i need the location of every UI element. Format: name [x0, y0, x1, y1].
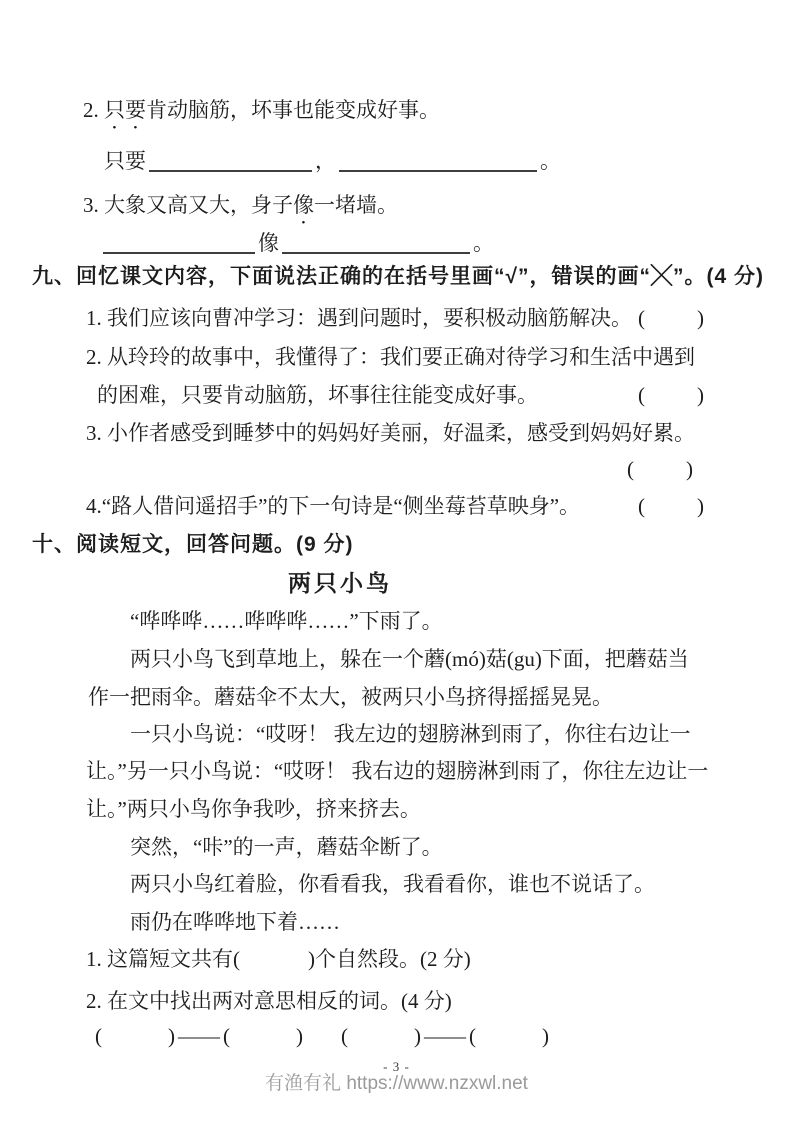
answer-bracket-pair: (): [341, 1022, 421, 1050]
period: 。: [540, 149, 561, 173]
answer-prefix: 只要: [104, 149, 146, 173]
passage-line: 雨仍在哗哗地下着……: [130, 908, 340, 936]
antonym-dash: ——: [175, 1022, 223, 1050]
close-paren: ): [308, 945, 315, 973]
open-paren: (: [638, 381, 645, 409]
question-text: 1. 这篇短文共有: [86, 947, 233, 971]
statement-text: 1. 我们应该向曹冲学习：遇到问题时，要积极动脑筋解决。: [86, 304, 632, 332]
item-3-answer-line: 像。: [100, 229, 494, 257]
answer-bracket-pair: (): [95, 1022, 175, 1050]
passage-title: 两只小鸟: [0, 569, 680, 597]
answer-bracket-pair: (): [223, 1022, 303, 1050]
close-paren: ): [414, 1022, 421, 1050]
passage-line: 两只小鸟飞到草地上，躲在一个蘑(mó)菇(gu)下面，把蘑菇当: [130, 645, 689, 673]
close-paren: ): [296, 1022, 303, 1050]
tf-item-2-line-2: 的困难，只要肯动脑筋，坏事往往能变成好事。 (): [97, 381, 704, 409]
answer-blank: [282, 231, 470, 254]
tf-item-1: 1. 我们应该向曹冲学习：遇到问题时，要积极动脑筋解决。 (): [86, 304, 704, 332]
open-paren: (: [469, 1022, 476, 1050]
grading-parentheses: (): [638, 492, 704, 520]
passage-line: 让。”两只小鸟你争我吵，挤来挤去。: [86, 795, 421, 823]
passage-line: “哗哗哗……哗哗哗……”下雨了。: [130, 607, 443, 635]
antonym-dash: ——: [421, 1022, 469, 1050]
section-9-header: 九、回忆课文内容，下面说法正确的在括号里画“√”，错误的画“╳”。(4 分): [32, 263, 764, 291]
question-2: 2. 在文中找出两对意思相反的词。(4 分): [86, 987, 452, 1015]
item-2-answer-line: 只要，。: [104, 147, 561, 175]
open-paren: (: [627, 455, 634, 483]
close-paren: ): [686, 455, 693, 483]
section-10-header: 十、阅读短文，回答问题。(9 分): [32, 531, 354, 559]
antonym-answer-row: () —— () () —— (): [95, 1022, 549, 1050]
open-paren: (: [638, 304, 645, 332]
open-paren: (: [638, 492, 645, 520]
tf-item-2-line-1: 2. 从玲玲的故事中，我懂得了：我们要正确对待学习和生活中遇到: [86, 343, 695, 371]
open-paren: (: [223, 1022, 230, 1050]
answer-blank: [103, 231, 255, 254]
close-paren: ): [542, 1022, 549, 1050]
emphasized-word: 只要: [104, 98, 146, 122]
watermark: 有渔有礼 https://www.nzxwl.net: [0, 1070, 793, 1098]
period: 。: [473, 231, 494, 255]
comma: ，: [315, 149, 336, 173]
item-number: 3.: [83, 193, 99, 217]
grading-parentheses: (): [627, 455, 693, 483]
passage-line: 让。”另一只小鸟说：“哎呀！ 我右边的翅膀淋到雨了，你往左边让一: [86, 757, 708, 785]
sentence-text: 一堵墙。: [314, 193, 398, 217]
grading-parentheses: (): [638, 304, 704, 332]
emphasized-word: 像: [293, 193, 314, 217]
close-paren: ): [697, 304, 704, 332]
tf-item-4: 4.“路人借问遥招手”的下一句诗是“侧坐莓苔草映身”。 (): [86, 492, 704, 520]
tf-item-3-parentheses: (): [627, 455, 693, 483]
close-paren: ): [168, 1022, 175, 1050]
question-text: 个自然段。(2 分): [315, 947, 471, 971]
sentence-text: 大象又高又大，身子: [104, 193, 293, 217]
passage-line: 两只小鸟红着脸，你看看我，我看看你，谁也不说话了。: [130, 870, 655, 898]
open-paren: (: [341, 1022, 348, 1050]
statement-text: 的困难，只要肯动脑筋，坏事往往能变成好事。: [97, 381, 538, 409]
item-number: 2.: [83, 98, 99, 122]
answer-blank: [149, 149, 312, 172]
passage-line: 作一把雨伞。蘑菇伞不太大，被两只小鸟挤得摇摇晃晃。: [88, 683, 613, 711]
item-2-sentence: 2. 只要肯动脑筋，坏事也能变成好事。: [83, 96, 440, 134]
close-paren: ): [697, 492, 704, 520]
open-paren: (: [95, 1022, 102, 1050]
answer-parentheses: (): [233, 945, 315, 973]
passage-line: 一只小鸟说：“哎呀！ 我左边的翅膀淋到雨了，你往右边让一: [130, 720, 691, 748]
answer-blank: [339, 149, 537, 172]
answer-mid-word: 像: [258, 231, 279, 255]
grading-parentheses: (): [638, 381, 704, 409]
worksheet-page: 2. 只要肯动脑筋，坏事也能变成好事。 只要，。 3. 大象又高又大，身子像一堵…: [0, 0, 793, 1122]
statement-text: 4.“路人借问遥招手”的下一句诗是“侧坐莓苔草映身”。: [86, 492, 580, 520]
tf-item-3: 3. 小作者感受到睡梦中的妈妈好美丽，好温柔，感受到妈妈好累。: [86, 419, 695, 447]
item-3-sentence: 3. 大象又高又大，身子像一堵墙。: [83, 191, 398, 229]
sentence-text: 肯动脑筋，坏事也能变成好事。: [146, 98, 440, 122]
close-paren: ): [697, 381, 704, 409]
open-paren: (: [233, 945, 240, 973]
passage-line: 突然，“咔”的一声，蘑菇伞断了。: [130, 833, 443, 861]
answer-bracket-pair: (): [469, 1022, 549, 1050]
question-1: 1. 这篇短文共有()个自然段。(2 分): [86, 945, 471, 973]
